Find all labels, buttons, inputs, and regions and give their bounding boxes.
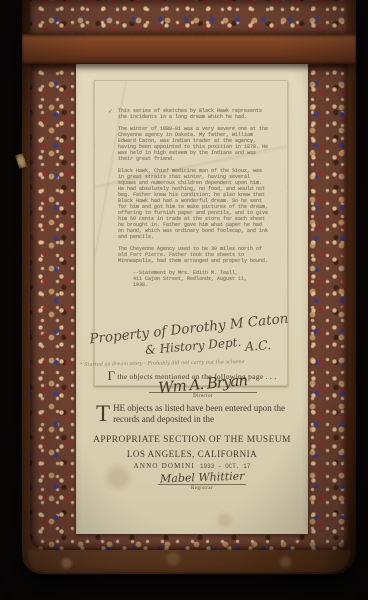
registrar-title: Registrar [142, 486, 262, 491]
marbled-endpaper-top [30, 0, 348, 36]
certificate-body: HE objects as listed have been entered u… [113, 403, 285, 424]
certificate-drop-cap: T [96, 404, 110, 423]
registrar-signature-block: Mabel Whittier Registrar [142, 468, 262, 491]
museum-section-line: APPROPRIATE SECTION OF THE MUSEUM [76, 435, 308, 445]
photo-backdrop: ✓ This series of sketches by Black Hawk … [0, 0, 368, 600]
property-inscription-initials: A.C. [245, 337, 272, 354]
director-signature-block: Wm A. Bryan Director [138, 375, 268, 399]
mounted-page: ✓ This series of sketches by Black Hawk … [76, 64, 308, 534]
leather-hinge-strip [22, 34, 356, 64]
pencil-tick-mark: ✓ [108, 108, 113, 115]
typed-paragraph-4: The Cheyenne Agency used to be 30 miles … [118, 246, 270, 264]
typed-paragraph-3: Black Hawk, Chief medicine man of the Si… [118, 168, 270, 240]
typed-paragraph-2: The winter of 1880-81 was a very severe … [118, 126, 270, 162]
typed-paragraph-1: This series of sketches by Black Hawk re… [118, 108, 270, 120]
director-title: Director [138, 394, 268, 399]
director-signature: Wm A. Bryan [158, 371, 248, 397]
museum-city-line: LOS ANGELES, CALIFORNIA [76, 449, 308, 459]
statement-attribution: --Statement by Mrs. Edith M. Teall, 411 … [133, 270, 270, 288]
receipt-drop-cap: Γ [107, 368, 115, 383]
typed-statement-sheet: ✓ This series of sketches by Black Hawk … [94, 80, 288, 386]
attribution-line-3: 1938. [133, 282, 270, 288]
entered-certificate-text: T HE objects as listed have been entered… [90, 403, 296, 425]
typed-statement-text: This series of sketches by Black Hawk re… [118, 108, 270, 288]
registrar-signature: Mabel Whittier [160, 470, 245, 486]
